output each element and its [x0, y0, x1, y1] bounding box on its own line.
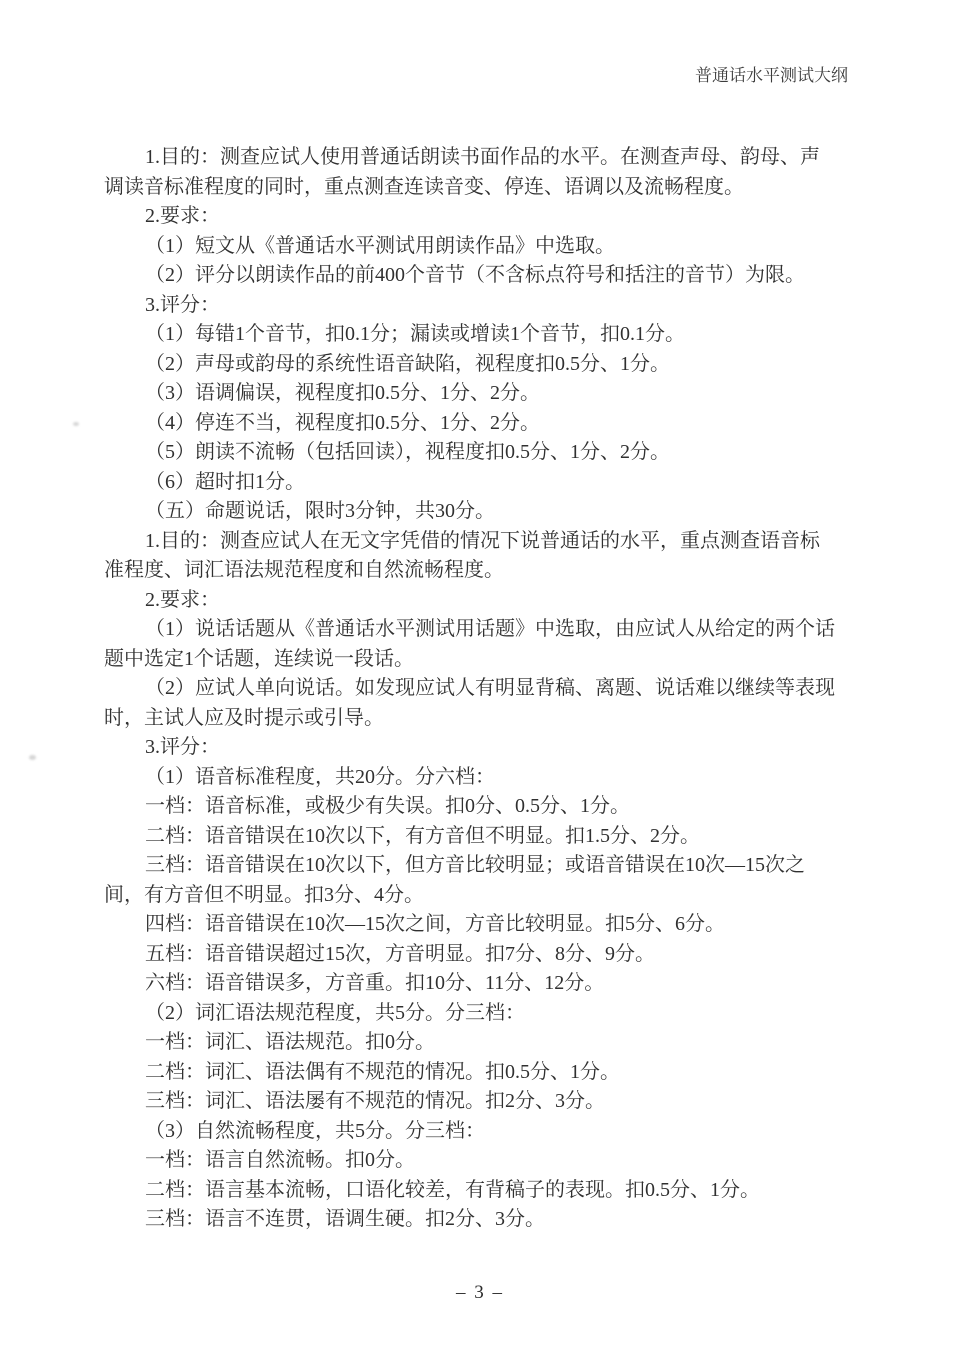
- text-line: 题中选定1个话题，连续说一段话。: [104, 645, 858, 675]
- text-line: 二档：语音错误在10次以下，有方音但不明显。扣1.5分、2分。: [104, 822, 858, 852]
- text-line: 调读音标准程度的同时，重点测查连读音变、停连、语调以及流畅程度。: [104, 173, 858, 203]
- text-line: （五）命题说话，限时3分钟，共30分。: [104, 497, 858, 527]
- text-line: （2）应试人单向说话。如发现应试人有明显背稿、离题、说话难以继续等表现: [104, 674, 858, 704]
- text-line: （5）朗读不流畅（包括回读），视程度扣0.5分、1分、2分。: [104, 438, 858, 468]
- text-line: （1）语音标准程度，共20分。分六档：: [104, 763, 858, 793]
- text-line: （3）自然流畅程度，共5分。分三档：: [104, 1117, 858, 1147]
- text-line: 1.目的：测查应试人使用普通话朗读书面作品的水平。在测查声母、韵母、声: [104, 143, 858, 173]
- text-line: 间，有方音但不明显。扣3分、4分。: [104, 881, 858, 911]
- text-line: 二档：词汇、语法偶有不规范的情况。扣0.5分、1分。: [104, 1058, 858, 1088]
- text-line: （4）停连不当，视程度扣0.5分、1分、2分。: [104, 409, 858, 439]
- text-line: 时，主试人应及时提示或引导。: [104, 704, 858, 734]
- text-line: 一档：语音标准，或极少有失误。扣0分、0.5分、1分。: [104, 792, 858, 822]
- text-line: 五档：语音错误超过15次，方音明显。扣7分、8分、9分。: [104, 940, 858, 970]
- text-line: （1）每错1个音节，扣0.1分；漏读或增读1个音节，扣0.1分。: [104, 320, 858, 350]
- page-number: – 3 –: [456, 1282, 504, 1303]
- text-line: 一档：语言自然流畅。扣0分。: [104, 1146, 858, 1176]
- text-line: 2.要求：: [104, 202, 858, 232]
- text-line: （1）说话话题从《普通话水平测试用话题》中选取，由应试人从给定的两个话: [104, 615, 858, 645]
- text-line: （6）超时扣1分。: [104, 468, 858, 498]
- text-line: （2）词汇语法规范程度，共5分。分三档：: [104, 999, 858, 1029]
- document-page: 普通话水平测试大纲 1.目的：测查应试人使用普通话朗读书面作品的水平。在测查声母…: [0, 0, 960, 1357]
- text-line: 2.要求：: [104, 586, 858, 616]
- text-line: 四档：语音错误在10次—15次之间，方音比较明显。扣5分、6分。: [104, 910, 858, 940]
- text-line: 3.评分：: [104, 733, 858, 763]
- text-line: （3）语调偏误，视程度扣0.5分、1分、2分。: [104, 379, 858, 409]
- running-head: 普通话水平测试大纲: [695, 66, 848, 85]
- document-body: 1.目的：测查应试人使用普通话朗读书面作品的水平。在测查声母、韵母、声调读音标准…: [104, 143, 858, 1235]
- text-line: 三档：语音错误在10次以下，但方音比较明显；或语音错误在10次—15次之: [104, 851, 858, 881]
- text-line: （2）声母或韵母的系统性语音缺陷，视程度扣0.5分、1分。: [104, 350, 858, 380]
- text-line: （2）评分以朗读作品的前400个音节（不含标点符号和括注的音节）为限。: [104, 261, 858, 291]
- text-line: 一档：词汇、语法规范。扣0分。: [104, 1028, 858, 1058]
- text-line: 3.评分：: [104, 291, 858, 321]
- scan-speck: [29, 755, 36, 760]
- text-line: 准程度、词汇语法规范程度和自然流畅程度。: [104, 556, 858, 586]
- text-line: 二档：语言基本流畅，口语化较差，有背稿子的表现。扣0.5分、1分。: [104, 1176, 858, 1206]
- text-line: 1.目的：测查应试人在无文字凭借的情况下说普通话的水平，重点测查语音标: [104, 527, 858, 557]
- text-line: （1）短文从《普通话水平测试用朗读作品》中选取。: [104, 232, 858, 262]
- text-line: 三档：语言不连贯，语调生硬。扣2分、3分。: [104, 1205, 858, 1235]
- text-line: 三档：词汇、语法屡有不规范的情况。扣2分、3分。: [104, 1087, 858, 1117]
- page-footer: – 3 –: [0, 1282, 960, 1304]
- page-header: 普通话水平测试大纲: [105, 61, 848, 86]
- text-line: 六档：语音错误多，方音重。扣10分、11分、12分。: [104, 969, 858, 999]
- scan-speck: [73, 422, 79, 426]
